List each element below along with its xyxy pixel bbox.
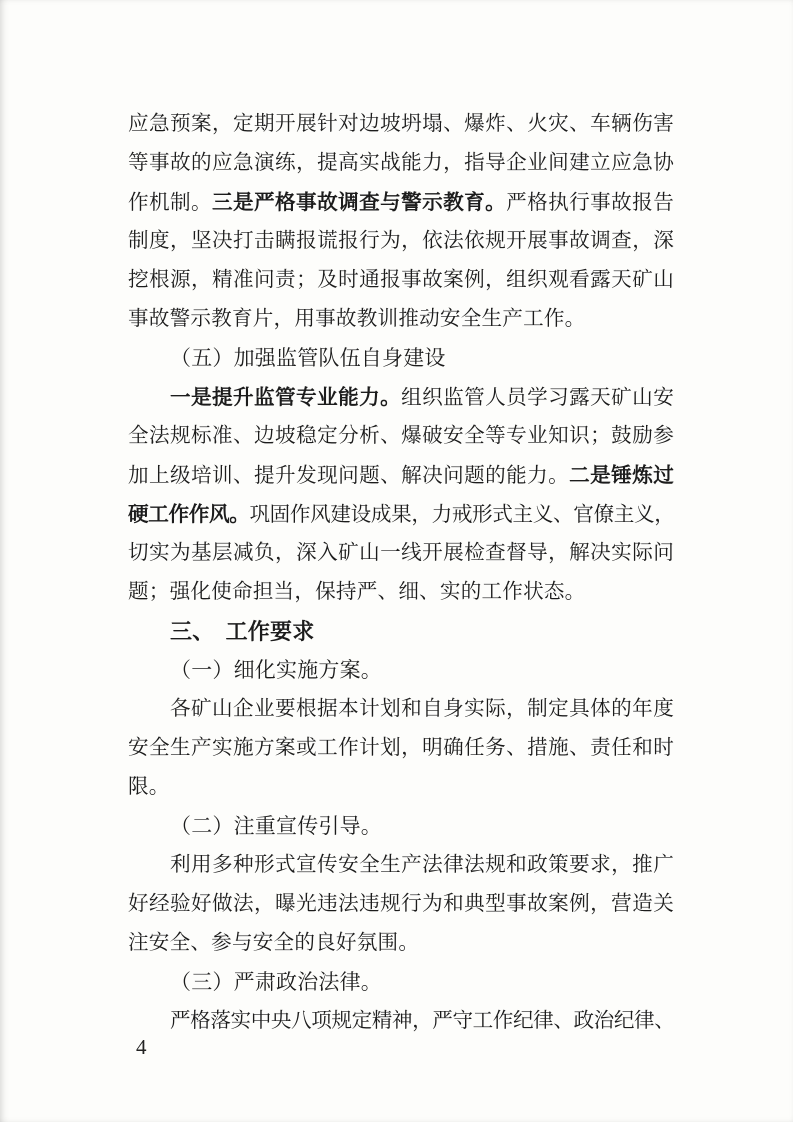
text-segment: 组织监管人员学习露天矿山安 bbox=[401, 387, 674, 409]
page-number: 4 bbox=[136, 1033, 147, 1061]
text-segment: 应急预案，定期开展针对边坡坍塌、爆炸、火灾、车辆伤害 bbox=[128, 113, 674, 135]
text-segment: 严格执行事故报告 bbox=[506, 192, 674, 214]
text-segment: 制度，坚决打击瞒报谎报行为，依法依规开展事故调查，深 bbox=[128, 230, 674, 252]
text-segment: 等事故的应急演练，提高实战能力，指导企业间建立应急协 bbox=[128, 152, 674, 174]
bold-phrase: 一是提升监管专业能力。 bbox=[170, 386, 401, 409]
document-body: 应急预案，定期开展针对边坡坍塌、爆炸、火灾、车辆伤害等事故的应急演练，提高实战能… bbox=[128, 105, 674, 1041]
text-line: 事故警示教育片，用事故教训推动安全生产工作。 bbox=[128, 300, 674, 339]
text-segment: 利用多种形式宣传安全生产法律法规和政策要求，推广 bbox=[170, 854, 674, 876]
text-line: 切实为基层减负，深入矿山一线开展检查督导，解决实际问 bbox=[128, 534, 674, 573]
text-segment: （二）注重宣传引导。 bbox=[170, 814, 382, 838]
text-segment: 事故警示教育片，用事故教训推动安全生产工作。 bbox=[128, 308, 585, 330]
subsection-heading: （三）严肃政治法律。 bbox=[128, 963, 674, 1002]
text-line: 硬工作作风。巩固作风建设成果，力戒形式主义、官僚主义， bbox=[128, 495, 674, 534]
text-segment: 加上级培训、提升发现问题、解决问题的能力。 bbox=[128, 465, 569, 487]
subsection-heading: （五）加强监管队伍自身建设 bbox=[128, 339, 674, 378]
text-line: 限。 bbox=[128, 768, 674, 807]
text-segment: 安全生产实施方案或工作计划，明确任务、措施、责任和时 bbox=[128, 737, 674, 759]
section-heading: 三、 工作要求 bbox=[128, 612, 674, 651]
text-line: 严格落实中央八项规定精神，严守工作纪律、政治纪律、 bbox=[128, 1002, 674, 1041]
text-segment: 严格落实中央八项规定精神，严守工作纪律、政治纪律、 bbox=[170, 1010, 674, 1032]
bold-phrase: 三是严格事故调查与警示教育。 bbox=[212, 191, 506, 214]
bold-phrase: 硬工作作风。 bbox=[128, 503, 249, 526]
text-segment: （五）加强监管队伍自身建设 bbox=[170, 346, 446, 370]
text-line: 利用多种形式宣传安全生产法律法规和政策要求，推广 bbox=[128, 846, 674, 885]
text-line: 加上级培训、提升发现问题、解决问题的能力。二是锤炼过 bbox=[128, 456, 674, 495]
text-line: 一是提升监管专业能力。组织监管人员学习露天矿山安 bbox=[128, 378, 674, 417]
scanned-document-page: 应急预案，定期开展针对边坡坍塌、爆炸、火灾、车辆伤害等事故的应急演练，提高实战能… bbox=[0, 0, 793, 1122]
text-segment: 限。 bbox=[128, 776, 170, 798]
text-segment: 作机制。 bbox=[128, 192, 212, 214]
text-segment: 挖根源，精准问责；及时通报事故案例，组织观看露天矿山 bbox=[128, 269, 674, 291]
text-segment: 三、 工作要求 bbox=[170, 619, 314, 644]
subsection-heading: （二）注重宣传引导。 bbox=[128, 807, 674, 846]
text-segment: 题；强化使命担当，保持严、细、实的工作状态。 bbox=[128, 581, 585, 603]
subsection-heading: （一）细化实施方案。 bbox=[128, 651, 674, 690]
text-segment: 切实为基层减负，深入矿山一线开展检查督导，解决实际问 bbox=[128, 542, 674, 564]
text-line: 题；强化使命担当，保持严、细、实的工作状态。 bbox=[128, 573, 674, 612]
text-segment: 各矿山企业要根据本计划和自身实际，制定具体的年度 bbox=[170, 698, 674, 720]
text-segment: 巩固作风建设成果，力戒形式主义、官僚主义， bbox=[249, 504, 674, 526]
text-segment: 注安全、参与安全的良好氛围。 bbox=[128, 932, 419, 954]
bold-phrase: 二是锤炼过 bbox=[569, 464, 674, 487]
text-line: 应急预案，定期开展针对边坡坍塌、爆炸、火灾、车辆伤害 bbox=[128, 105, 674, 144]
text-line: 各矿山企业要根据本计划和自身实际，制定具体的年度 bbox=[128, 690, 674, 729]
text-line: 好经验好做法，曝光违法违规行为和典型事故案例，营造关 bbox=[128, 885, 674, 924]
text-segment: 全法规标准、边坡稳定分析、爆破安全等专业知识；鼓励参 bbox=[128, 425, 674, 447]
text-line: 作机制。三是严格事故调查与警示教育。严格执行事故报告 bbox=[128, 183, 674, 222]
text-line: 全法规标准、边坡稳定分析、爆破安全等专业知识；鼓励参 bbox=[128, 417, 674, 456]
text-segment: 好经验好做法，曝光违法违规行为和典型事故案例，营造关 bbox=[128, 893, 674, 915]
text-segment: （三）严肃政治法律。 bbox=[170, 970, 382, 994]
text-line: 安全生产实施方案或工作计划，明确任务、措施、责任和时 bbox=[128, 729, 674, 768]
text-segment: （一）细化实施方案。 bbox=[170, 658, 382, 682]
text-line: 等事故的应急演练，提高实战能力，指导企业间建立应急协 bbox=[128, 144, 674, 183]
text-line: 注安全、参与安全的良好氛围。 bbox=[128, 924, 674, 963]
text-line: 制度，坚决打击瞒报谎报行为，依法依规开展事故调查，深 bbox=[128, 222, 674, 261]
text-line: 挖根源，精准问责；及时通报事故案例，组织观看露天矿山 bbox=[128, 261, 674, 300]
